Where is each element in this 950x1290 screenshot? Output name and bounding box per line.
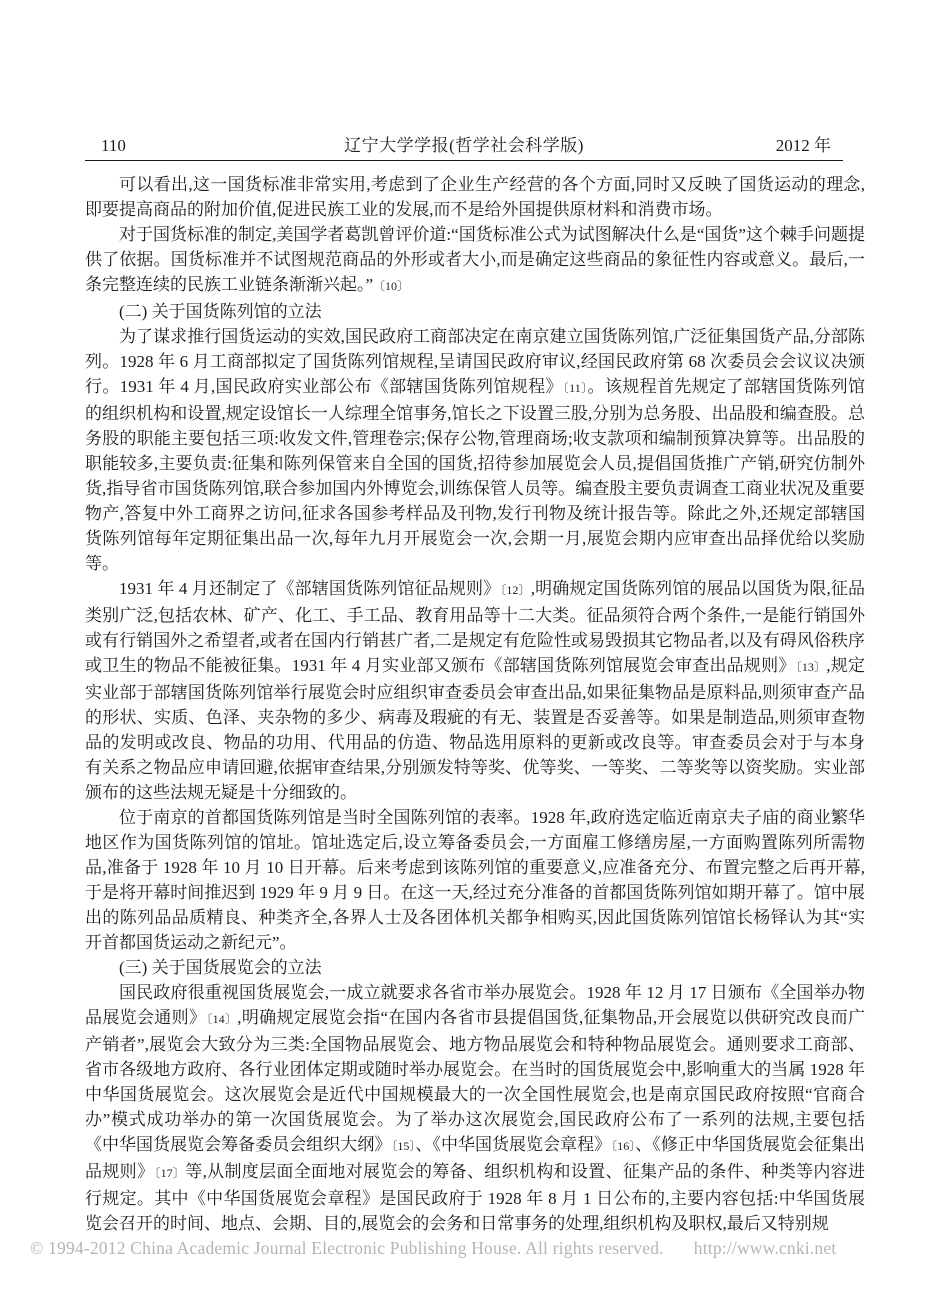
- journal-title: 辽宁大学学报(哲学社会科学版): [85, 133, 843, 159]
- paragraph: 为了谋求推行国货运动的实效,国民政府工商部决定在南京建立国货陈列馆,广泛征集国货…: [85, 324, 865, 576]
- page-footer: © 1994-2012 China Academic Journal Elect…: [30, 1238, 920, 1259]
- paragraph: 位于南京的首都国货陈列馆是当时全国陈列馆的表率。1928 年,政府选定临近南京夫…: [85, 805, 865, 955]
- journal-page: 110 辽宁大学学报(哲学社会科学版) 2012 年 可以看出,这一国货标准非常…: [0, 0, 950, 1290]
- article-body: 可以看出,这一国货标准非常实用,考虑到了企业生产经营的各个方面,同时又反映了国货…: [85, 172, 865, 1236]
- paragraph: 国民政府很重视国货展览会,一成立就要求各省市举办展览会。1928 年 12 月 …: [85, 980, 865, 1236]
- paragraph: 对于国货标准的制定,美国学者葛凯曾评价道:“国货标准公式为试图解决什么是“国货”…: [85, 222, 865, 299]
- paragraph: 1931 年 4 月还制定了《部辖国货陈列馆征品规则》〔12〕,明确规定国货陈列…: [85, 576, 865, 805]
- running-head: 110 辽宁大学学报(哲学社会科学版) 2012 年: [85, 133, 843, 159]
- year-label: 2012 年: [776, 133, 831, 159]
- section-heading: (二) 关于国货陈列馆的立法: [85, 299, 865, 324]
- section-heading: (三) 关于国货展览会的立法: [85, 955, 865, 980]
- paragraph: 可以看出,这一国货标准非常实用,考虑到了企业生产经营的各个方面,同时又反映了国货…: [85, 172, 865, 222]
- cnki-url: http://www.cnki.net: [694, 1238, 837, 1258]
- header-rule: [85, 160, 843, 161]
- copyright-text: © 1994-2012 China Academic Journal Elect…: [30, 1238, 664, 1258]
